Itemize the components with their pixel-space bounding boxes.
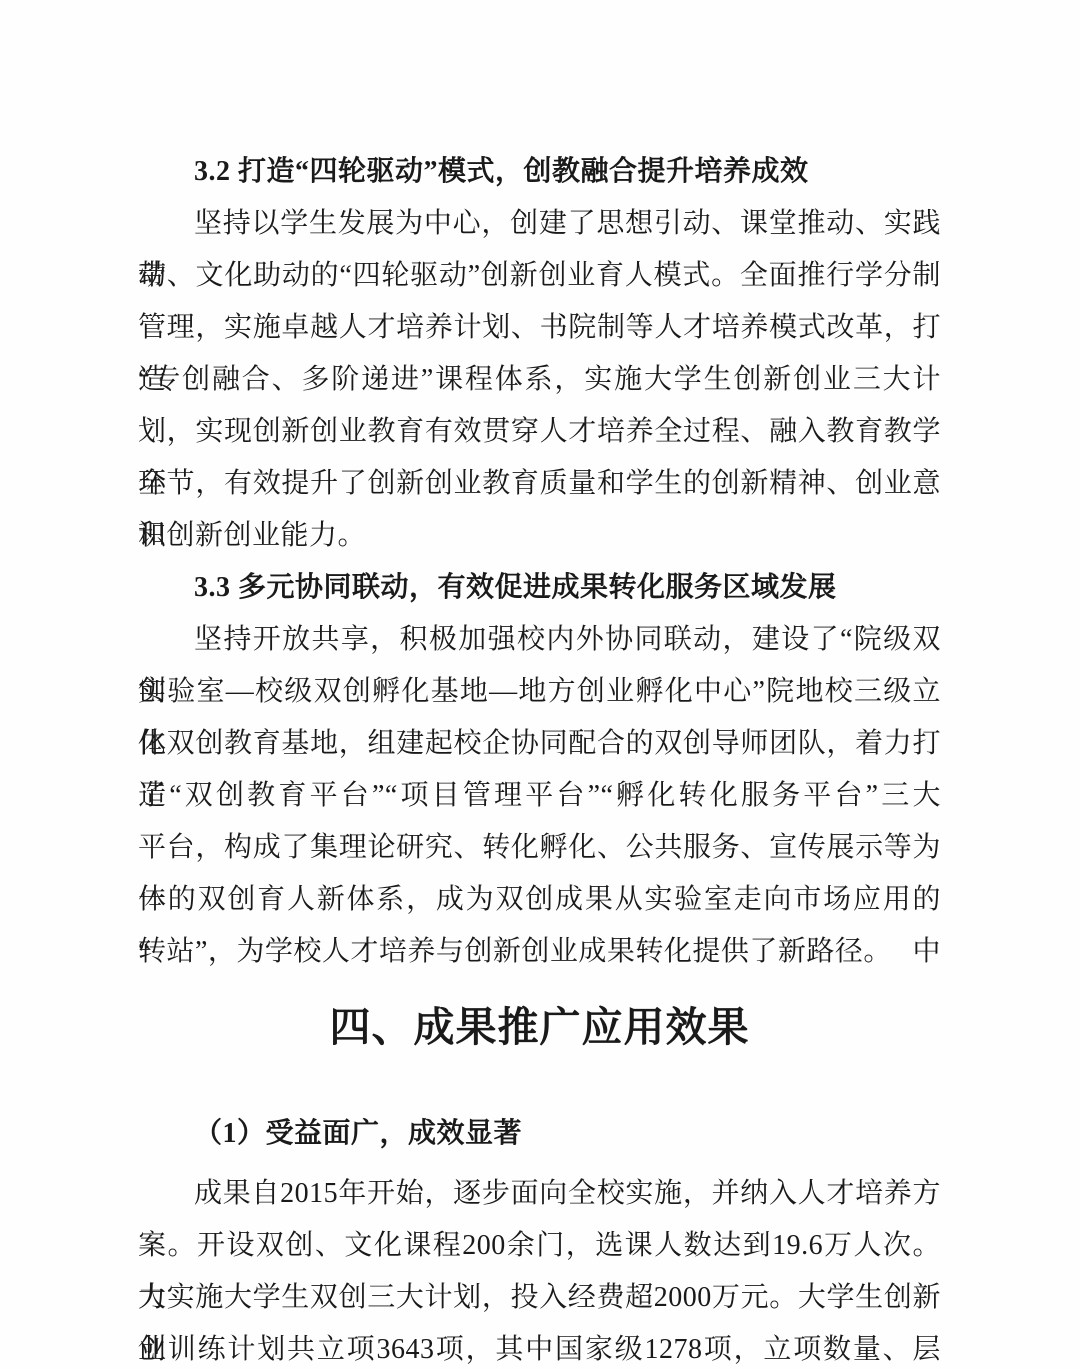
paragraph-line: 成果自2015年开始，逐步面向全校实施，并纳入人才培养方 [138,1168,941,1220]
paragraph-line: 动、文化助动的“四轮驱动”创新创业育人模式。全面推行学分制 [138,250,941,302]
paragraph-line: 坚持以学生发展为中心，创建了思想引动、课堂推动、实践带 [138,198,941,250]
paragraph-line: 了“双创教育平台”“项目管理平台”“孵化转化服务平台”三大 [138,770,941,822]
chapter-title: 四、成果推广应用效果 [138,998,941,1056]
paragraph-line: 体的双创育人新体系，成为双创成果从实验室走向市场应用的“中 [138,874,941,926]
item-heading: （1）受益面广，成效显著 [138,1108,941,1160]
paragraph-line: 平台，构成了集理论研究、转化孵化、公共服务、宣传展示等为一 [138,822,941,874]
paragraph-line: 案。开设双创、文化课程200余门，选课人数达到19.6万人次。大 [138,1220,941,1272]
paragraph-line: 和创新创业能力。 [138,510,941,562]
paragraph-line: 实验室—校级双创孵化基地—地方创业孵化中心”院地校三级立体 [138,666,941,718]
paragraph-line: 管理，实施卓越人才培养计划、书院制等人才培养模式改革，打造 [138,302,941,354]
paragraph-line: 划，实现创新创业教育有效贯穿人才培养全过程、融入教育教学全 [138,406,941,458]
section-heading-3-2: 3.2 打造“四轮驱动”模式，创教融合提升培养成效 [138,146,941,198]
paragraph-line: “专创融合、多阶递进”课程体系，实施大学生创新创业三大计 [138,354,941,406]
paragraph-line: 化双创教育基地，组建起校企协同配合的双创导师团队，着力打造 [138,718,941,770]
paragraph-line: 环节，有效提升了创新创业教育质量和学生的创新精神、创业意识 [138,458,941,510]
paragraph-line: 坚持开放共享，积极加强校内外协同联动，建设了“院级双创 [138,614,941,666]
paragraph-line: 力实施大学生双创三大计划，投入经费超2000万元。大学生创新创 [138,1272,941,1324]
paragraph-line: 业训练计划共立项3643项，其中国家级1278项，立项数量、层次、 [138,1324,941,1369]
paragraph-line: 转站”，为学校人才培养与创新创业成果转化提供了新路径。 [138,926,941,978]
document-page: 3.2 打造“四轮驱动”模式，创教融合提升培养成效 坚持以学生发展为中心，创建了… [0,0,1080,1369]
section-heading-3-3: 3.3 多元协同联动，有效促进成果转化服务区域发展 [138,562,941,614]
